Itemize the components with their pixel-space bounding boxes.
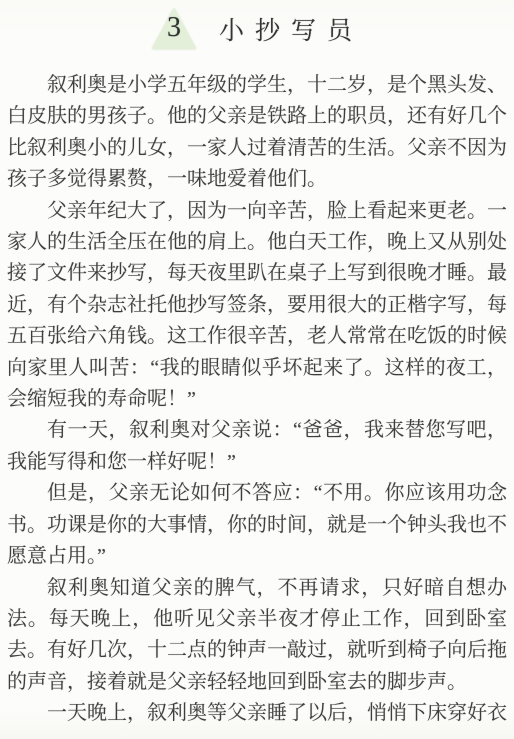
- lesson-title: 小抄写员: [211, 11, 363, 47]
- paragraph: 叙利奥知道父亲的脾气，不再请求，只好暗自想办法。每天晚上，他听见父亲半夜才停止工…: [7, 573, 507, 699]
- lesson-number: 3: [167, 14, 181, 45]
- paragraph: 叙利奥是小学五年级的学生，十二岁，是个黑头发、白皮肤的男孩子。他的父亲是铁路上的…: [7, 70, 507, 196]
- paragraph: 有一天，叙利奥对父亲说：“爸爸，我来替您写吧，我能写得和您一样好呢！”: [7, 415, 507, 478]
- lesson-body: 叙利奥是小学五年级的学生，十二岁，是个黑头发、白皮肤的男孩子。他的父亲是铁路上的…: [7, 70, 507, 730]
- lesson-number-badge: 3: [151, 7, 197, 51]
- paragraph: 父亲年纪大了，因为一向辛苦，脸上看起来更老。一家人的生活全压在他的肩上。他白天工…: [7, 196, 507, 416]
- paragraph: 但是，父亲无论如何不答应：“不用。你应该用功念书。功课是你的大事情，你的时间，就…: [7, 478, 507, 572]
- textbook-page: 3 小抄写员 叙利奥是小学五年级的学生，十二岁，是个黑头发、白皮肤的男孩子。他的…: [0, 0, 514, 739]
- paragraph: 一天晚上，叙利奥等父亲睡了以后，悄悄下床穿好衣: [7, 698, 507, 729]
- lesson-header: 3 小抄写员: [7, 6, 507, 52]
